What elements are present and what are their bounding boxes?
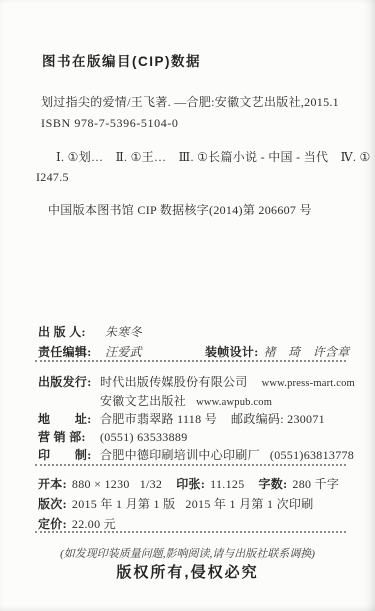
- cip-record-number: 中国版本图书馆 CIP 数据核字(2014)第 206607 号: [48, 203, 312, 217]
- publisher-person-name: 朱寒冬: [105, 325, 142, 339]
- cip-classification-code: I247.5: [36, 170, 69, 184]
- dotted-divider: [35, 531, 346, 533]
- distributor-name: 时代出版传媒股份有限公司: [100, 375, 248, 389]
- designer-label: 装帧设计:: [205, 345, 259, 359]
- price-label: 定价:: [38, 517, 67, 531]
- publishing-printer-row: 印 制: 合肥中德印刷培训中心印刷厂 (0551)63813778: [38, 448, 354, 462]
- quality-notice: (如发现印装质量问题,影响阅读,请与出版社联系调换): [0, 545, 375, 561]
- spec-price-row: 定价: 22.00 元: [38, 517, 116, 531]
- edition-value: 2015 年 1 月第 1 版: [72, 497, 176, 511]
- spec-format-row: 开本: 880 × 1230 1/32 印张: 11.125 字数: 280 千…: [38, 477, 339, 491]
- cip-book-line: 划过指尖的爱情/王飞著. —合肥:安徽文艺出版社,2015.1: [41, 95, 339, 109]
- sales-label: 营 销 部:: [38, 430, 100, 444]
- designer-names: 褚 琦 许含章: [264, 345, 350, 359]
- distributor-url: www.press-mart.com: [262, 377, 355, 391]
- printer-phone: (0551)63813778: [270, 448, 354, 462]
- publishing-press-row: 安徽文艺出版社 www.awpub.com: [38, 394, 272, 410]
- press-name: 安徽文艺出版社: [100, 394, 186, 408]
- press-url: www.awpub.com: [196, 396, 272, 410]
- cip-title: 图书在版编目(CIP)数据: [42, 55, 201, 69]
- words-value: 280 千字: [292, 477, 339, 491]
- spec-edition-row: 版次: 2015 年 1 月第 1 版 2015 年 1 月第 1 次印刷: [38, 497, 314, 511]
- format-label: 开本:: [38, 477, 67, 491]
- printer-label: 印 制:: [38, 448, 100, 462]
- editor-row: 责任编辑: 汪爱武: [38, 345, 142, 359]
- cip-classification-line: Ⅰ. ①划… Ⅱ. ①王… Ⅲ. ①长篇小说 - 中国 - 当代 Ⅳ. ①: [56, 150, 371, 164]
- address-label: 地 址:: [38, 412, 100, 426]
- copyright-statement: 版权所有,侵权必究: [0, 561, 375, 582]
- address-value: 合肥市翡翠路 1118 号: [100, 412, 217, 426]
- edition-label: 版次:: [38, 497, 67, 511]
- format-ratio: 1/32: [140, 477, 163, 491]
- sheets-label: 印张:: [176, 477, 205, 491]
- printer-name: 合肥中德印刷培训中心印刷厂: [100, 448, 260, 462]
- distributor-label: 出版发行:: [38, 375, 100, 389]
- publisher-person-row: 出 版 人: 朱寒冬: [38, 325, 142, 339]
- sales-phone: (0551) 63533889: [100, 430, 188, 444]
- designer-row: 装帧设计: 褚 琦 许含章: [205, 345, 350, 359]
- postal-code: 邮政编码: 230071: [231, 412, 325, 426]
- publishing-distributor-row: 出版发行: 时代出版传媒股份有限公司 www.press-mart.com: [38, 375, 355, 391]
- publishing-sales-row: 营 销 部: (0551) 63533889: [38, 430, 188, 444]
- format-value: 880 × 1230: [72, 477, 130, 491]
- sheets-value: 11.125: [210, 477, 244, 491]
- cip-isbn-line: ISBN 978-7-5396-5104-0: [41, 116, 179, 130]
- editor-label: 责任编辑:: [38, 345, 100, 359]
- words-label: 字数:: [259, 477, 288, 491]
- dotted-divider: [35, 360, 346, 362]
- book-copyright-page: 图书在版编目(CIP)数据 划过指尖的爱情/王飞著. —合肥:安徽文艺出版社,2…: [0, 0, 375, 611]
- editor-name: 汪爱武: [105, 345, 142, 359]
- dotted-divider: [35, 464, 346, 466]
- publishing-address-row: 地 址: 合肥市翡翠路 1118 号 邮政编码: 230071: [38, 412, 325, 426]
- price-value: 22.00 元: [72, 517, 116, 531]
- publisher-person-label: 出 版 人:: [38, 325, 100, 339]
- printing-value: 2015 年 1 月第 1 次印刷: [185, 497, 313, 511]
